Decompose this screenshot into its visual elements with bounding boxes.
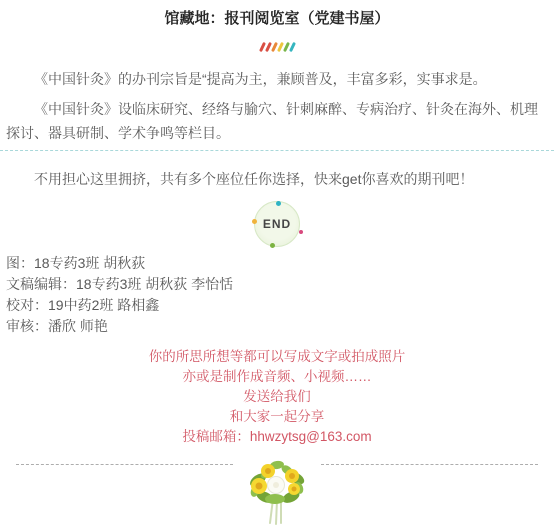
- end-badge-row: END: [6, 201, 548, 247]
- rainbow-slashes-icon: [6, 41, 548, 53]
- paragraph-journal-purpose: 《中国针灸》的办刊宗旨是“提高为主，兼顾普及，丰富多彩，实事求是。: [6, 67, 548, 91]
- dashed-separator: [0, 150, 554, 151]
- end-badge: END: [254, 201, 300, 247]
- submission-block: 你的所思所想等都可以写成文字或拍成照片 亦或是制作成音频、小视频…… 发送给我们…: [6, 347, 548, 447]
- submission-email-line: 投稿邮箱：hhwzytsg@163.com: [6, 427, 548, 447]
- footer-dashed-rule-right: [321, 464, 538, 465]
- submission-line-3: 发送给我们: [6, 387, 548, 407]
- article-page: 馆藏地：报刊阅览室（党建书屋） 《中国针灸》的办刊宗旨是“提高为主，兼顾普及，丰…: [0, 0, 554, 527]
- submission-line-1: 你的所思所想等都可以写成文字或拍成照片: [6, 347, 548, 367]
- credit-line-editors: 文稿编辑：18专药3班 胡秋荻 李怡恬: [6, 274, 548, 295]
- flower-bouquet-icon: [245, 455, 309, 527]
- cyan-dot-icon: [276, 201, 281, 206]
- credits-block: 图：18专药3班 胡秋荻 文稿编辑：18专药3班 胡秋荻 李怡恬 校对：19中药…: [6, 253, 548, 337]
- submission-line-4: 和大家一起分享: [6, 407, 548, 427]
- submission-line-2: 亦或是制作成音频、小视频……: [6, 367, 548, 387]
- credit-line-review: 审核：潘欣 师艳: [6, 316, 548, 337]
- footer-decoration: [6, 455, 548, 527]
- paragraph-invitation: 不用担心这里拥挤，共有多个座位任你选择，快来get你喜欢的期刊吧！: [6, 167, 548, 191]
- paragraph-journal-columns: 《中国针灸》设临床研究、经络与腧穴、针刺麻醉、专病治疗、针灸在海外、机理探讨、器…: [6, 97, 548, 145]
- page-title: 馆藏地：报刊阅览室（党建书屋）: [6, 10, 548, 27]
- end-badge-label: END: [263, 217, 291, 231]
- pink-dot-icon: [299, 230, 303, 234]
- credit-line-proofread: 校对：19中药2班 路相鑫: [6, 295, 548, 316]
- orange-dot-icon: [252, 219, 257, 224]
- footer-dashed-rule-left: [16, 464, 233, 465]
- green-dot-icon: [270, 243, 275, 248]
- credit-line-photo: 图：18专药3班 胡秋荻: [6, 253, 548, 274]
